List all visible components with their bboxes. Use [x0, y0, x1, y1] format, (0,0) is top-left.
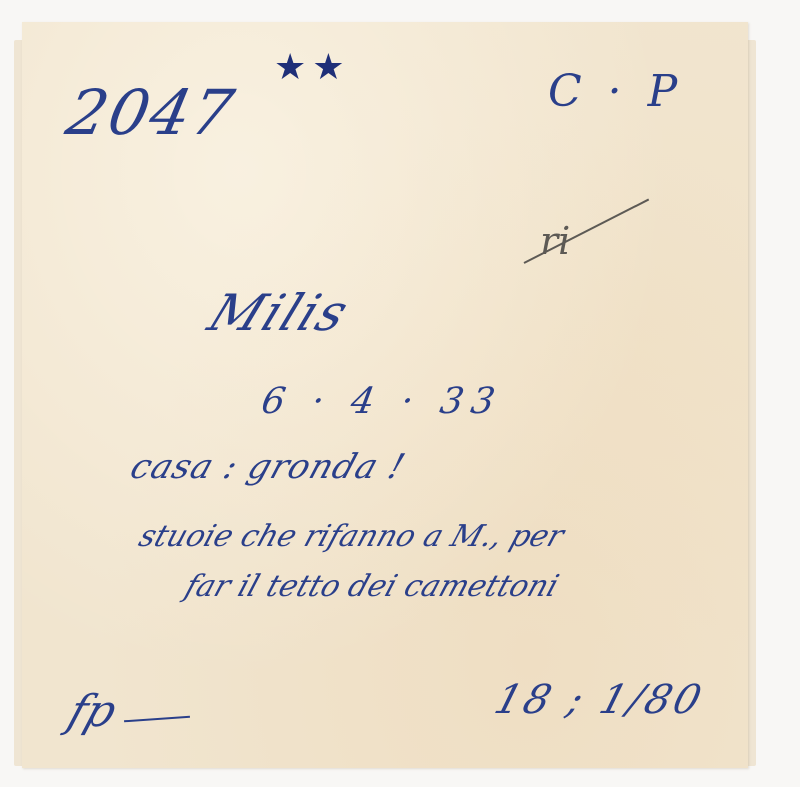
location-heading: Milis — [202, 288, 357, 338]
note-line: casa : gronda ! — [126, 450, 409, 484]
note-date: 6 · 4 · 33 — [259, 384, 506, 420]
note-line: far il tetto dei camettoni — [181, 572, 562, 602]
note-line: stuoie che rifanno a M., per — [135, 522, 567, 552]
catalog-stars-icon: ★★ — [274, 50, 351, 86]
scan-background: 2047 ★★ C · P ri Milis 6 · 4 · 33 casa :… — [0, 0, 800, 787]
collection-code: C · P — [548, 70, 683, 114]
catalog-number: 2047 — [61, 82, 240, 144]
reference-number: 18 ; 1/80 — [490, 680, 708, 720]
